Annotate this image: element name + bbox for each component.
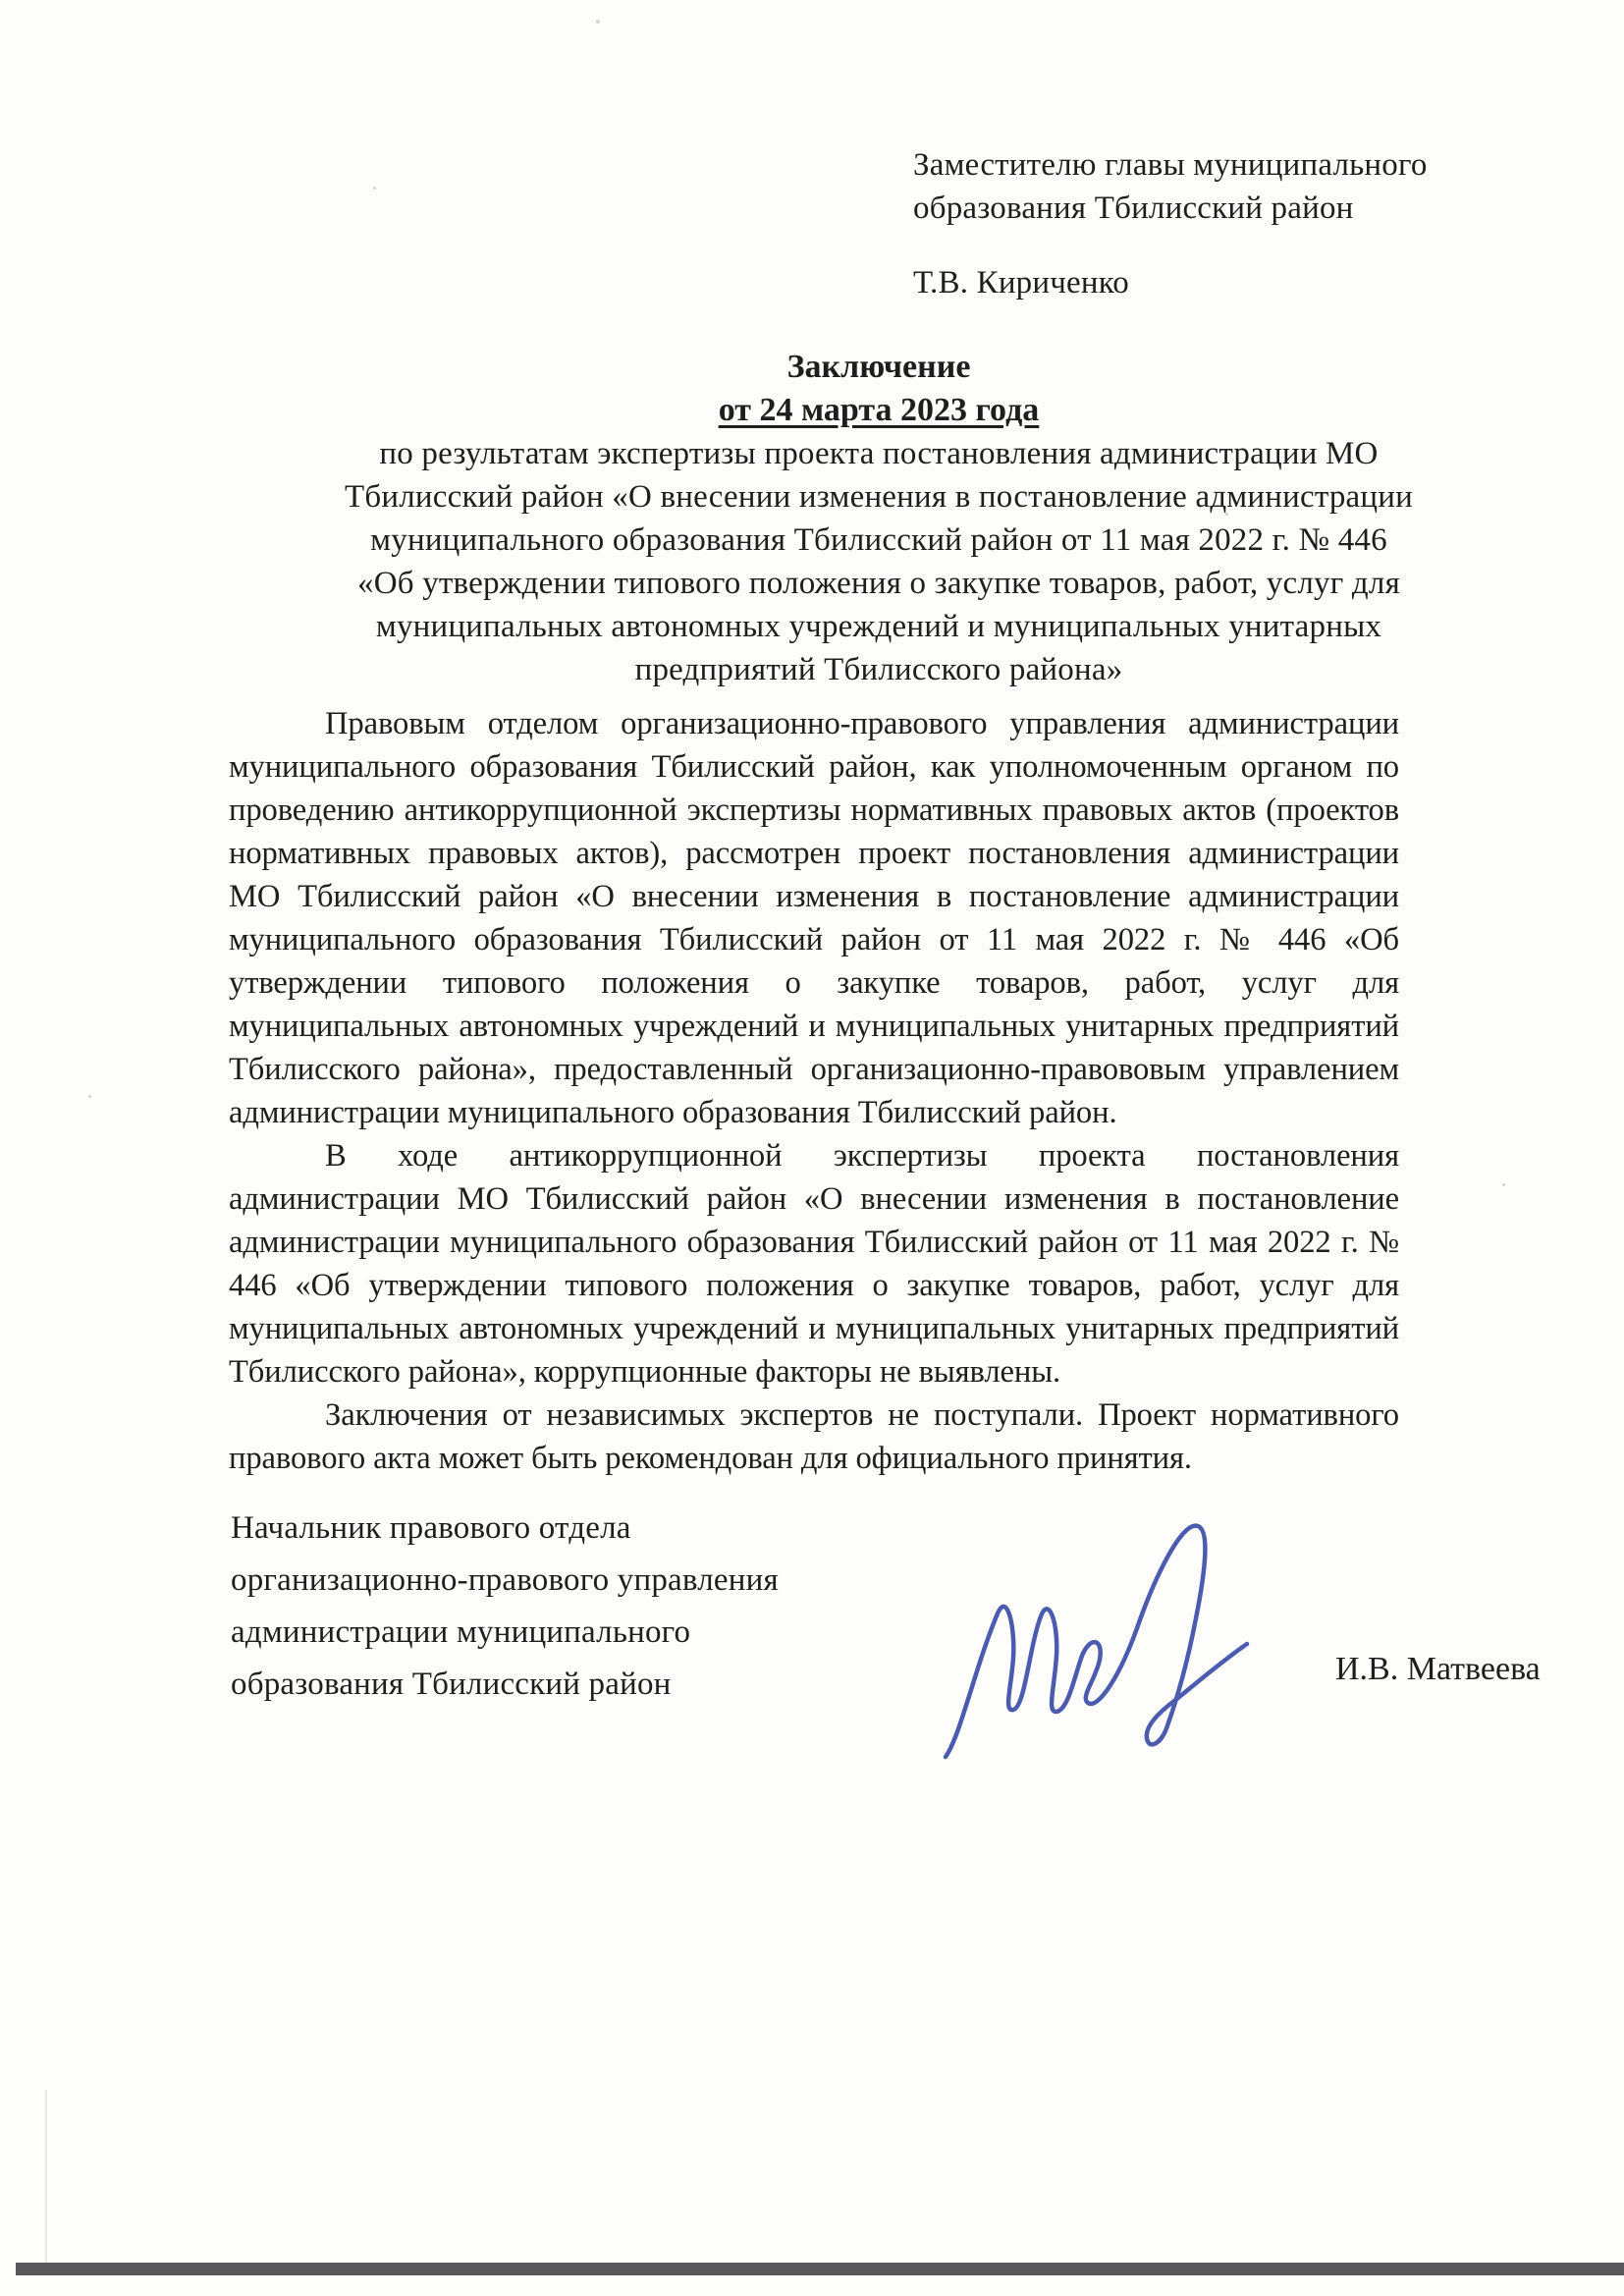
document-subtitle-line: «Об утверждении типового положения о зак…	[226, 562, 1532, 605]
signature-position-line: администрации муниципального	[231, 1607, 779, 1659]
document-page: Заместителю главы муниципального образов…	[0, 0, 1624, 2296]
scan-noise-speck	[596, 20, 600, 24]
scan-noise-speck	[1502, 1183, 1505, 1186]
document-subtitle-line: муниципального образования Тбилисский ра…	[226, 519, 1532, 562]
title-block: Заключение от 24 марта 2023 года по резу…	[226, 346, 1532, 691]
addressee-line: Заместителю главы муниципального	[913, 143, 1502, 187]
addressee-line: образования Тбилисский район	[913, 187, 1502, 230]
document-date: от 24 марта 2023 года	[226, 389, 1532, 432]
body-paragraph: Правовым отделом организационно-правовог…	[229, 702, 1399, 1134]
document-subtitle-line: предприятий Тбилисского района»	[226, 648, 1532, 691]
scan-noise-speck	[373, 187, 376, 190]
signature-position-line: образования Тбилисский район	[231, 1659, 779, 1711]
signature-position-line: организационно-правового управления	[231, 1555, 779, 1607]
document-body: Правовым отделом организационно-правовог…	[229, 702, 1399, 1480]
scan-crease-artifact	[45, 2090, 47, 2263]
body-paragraph: Заключения от независимых экспертов не п…	[229, 1394, 1399, 1480]
scan-noise-speck	[1225, 513, 1228, 516]
recipient-name: Т.В. Кириченко	[913, 261, 1502, 304]
document-subtitle-line: по результатам экспертизы проекта постан…	[226, 432, 1532, 475]
handwritten-signature	[931, 1510, 1265, 1776]
body-paragraph: В ходе антикоррупционной экспертизы прое…	[229, 1134, 1399, 1394]
document-title: Заключение	[226, 346, 1532, 389]
signature-position-block: Начальник правового отдела организационн…	[231, 1503, 779, 1711]
signer-name: И.В. Матвеева	[1335, 1648, 1541, 1691]
addressee-block: Заместителю главы муниципального образов…	[913, 143, 1502, 304]
scan-noise-speck	[88, 1095, 91, 1098]
document-subtitle-line: Тбилисский район «О внесении изменения в…	[226, 475, 1532, 519]
scan-edge-artifact	[16, 2263, 1624, 2275]
document-subtitle-line: муниципальных автономных учреждений и му…	[226, 605, 1532, 648]
signature-position-line: Начальник правового отдела	[231, 1503, 779, 1555]
